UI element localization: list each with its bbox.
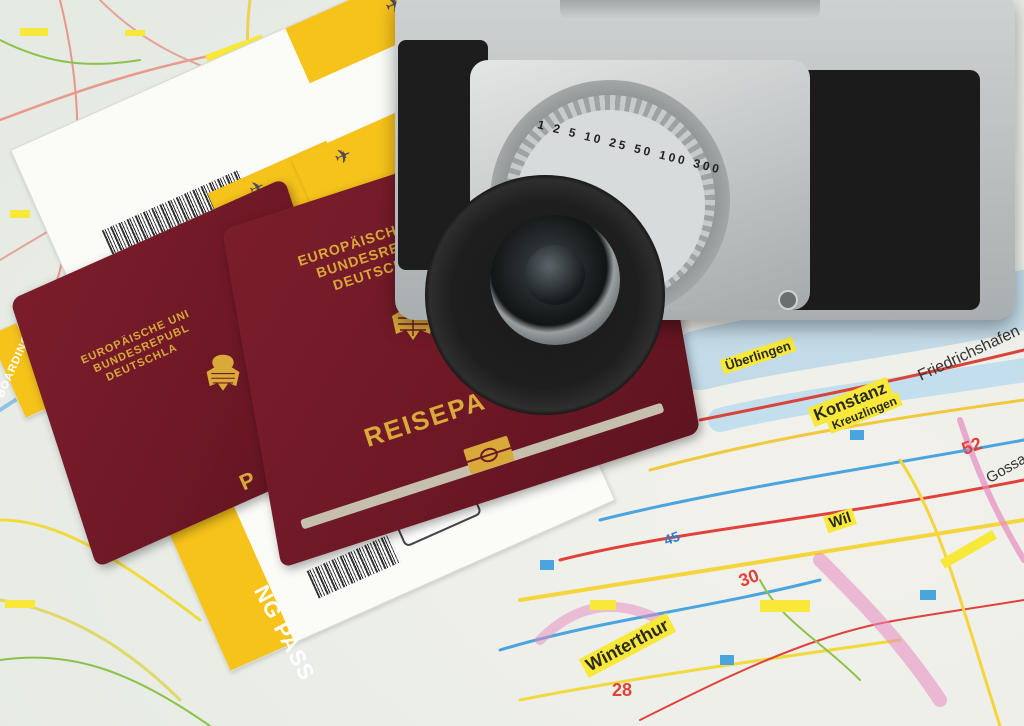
camera-top-plate [560, 0, 820, 20]
photo-scene: STUTTGART PFORZHEIM Sindelfingen Überlin… [0, 0, 1024, 726]
camera-strap-lug [778, 290, 798, 310]
lens-inner-glass [525, 245, 585, 305]
camera-leather-right [780, 70, 980, 310]
map-road-number-28: 28 [608, 680, 636, 701]
eagle-emblem-icon [205, 350, 241, 394]
airplane-icon: ✈ [330, 141, 355, 171]
